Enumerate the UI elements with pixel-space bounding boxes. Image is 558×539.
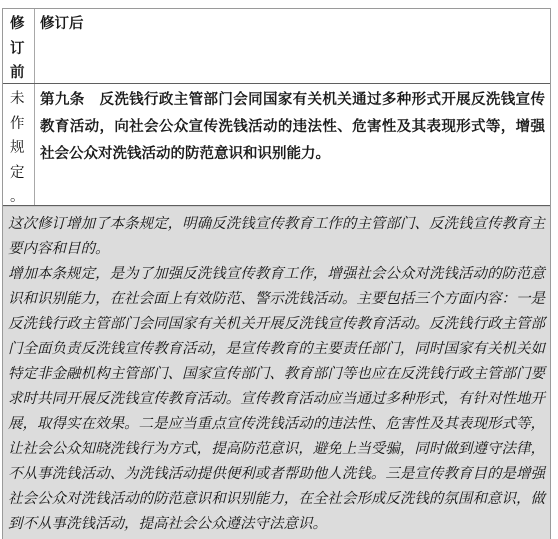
revision-table: 修订前 修订后 未作规定。 第九条 反洗钱行政主管部门会同国家有关机关通过多种形… (2, 8, 551, 539)
commentary-paragraph-2: 增加本条规定，是为了加强反洗钱宣传教育工作，增强社会公众对洗钱活动的防范意识和识… (8, 262, 545, 537)
revision-comparison-document: 修订前 修订后 未作规定。 第九条 反洗钱行政主管部门会同国家有关机关通过多种形… (0, 0, 558, 539)
article-9-text-cell: 第九条 反洗钱行政主管部门会同国家有关机关通过多种形式开展反洗钱宣传教育活动，向… (35, 84, 550, 205)
commentary-paragraph-1: 这次修订增加了本条规定，明确反洗钱宣传教育工作的主管部门、反洗钱宣传教育主要内容… (8, 212, 545, 262)
column-header-after: 修订后 (35, 9, 550, 83)
column-header-before: 修订前 (3, 9, 35, 83)
article-row: 未作规定。 第九条 反洗钱行政主管部门会同国家有关机关通过多种形式开展反洗钱宣传… (3, 84, 550, 206)
table-header-row: 修订前 修订后 (3, 9, 550, 84)
commentary-section: 这次修订增加了本条规定，明确反洗钱宣传教育工作的主管部门、反洗钱宣传教育主要内容… (3, 206, 550, 539)
before-provision-cell: 未作规定。 (3, 84, 35, 205)
